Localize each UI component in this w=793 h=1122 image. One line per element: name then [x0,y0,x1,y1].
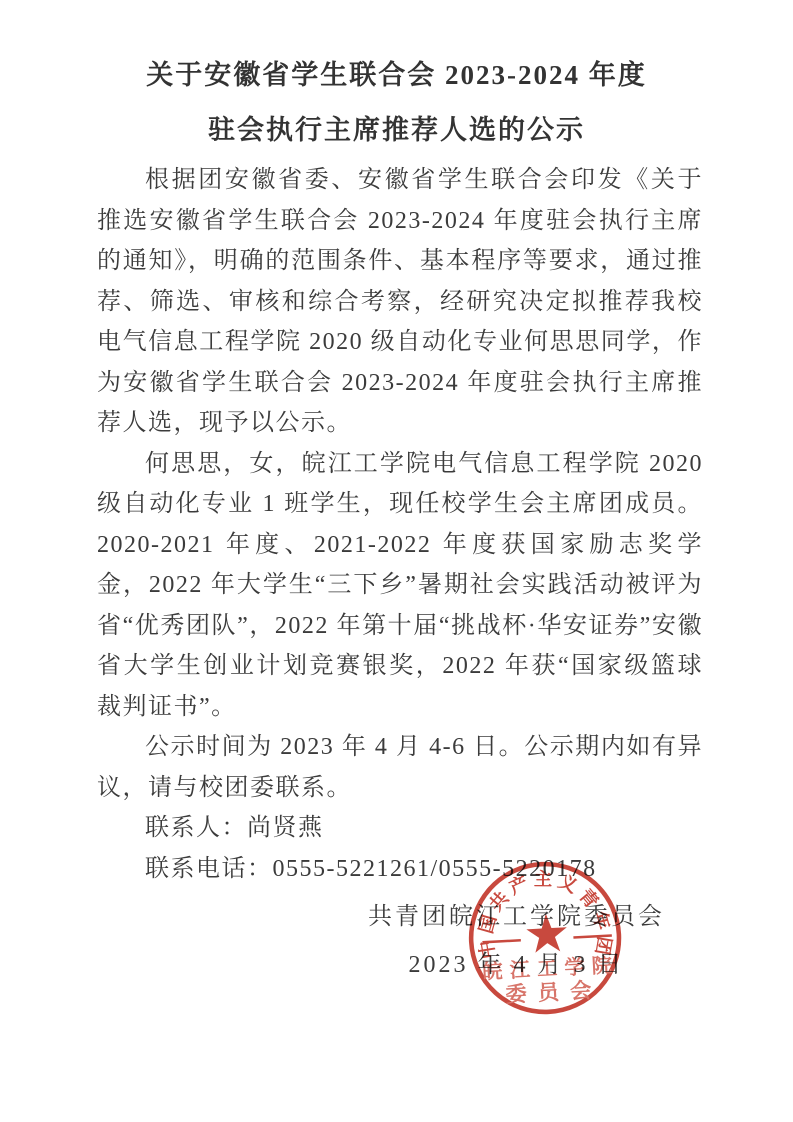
signature-org: 共青团皖江工学院委员会 [368,893,665,941]
document-body: 根据团安徽省委、安徽省学生联合会印发《关于推选安徽省学生联合会 2023-202… [97,160,703,889]
document-page: 关于安徽省学生联合会 2023-2024 年度 驻会执行主席推荐人选的公示 根据… [0,0,793,1122]
paragraph-publicity-period: 公示时间为 2023 年 4 月 4-6 日。公示期内如有异议，请与校团委联系。 [97,727,703,808]
title-line-1: 关于安徽省学生联合会 2023-2024 年度 [0,48,793,103]
document-title: 关于安徽省学生联合会 2023-2024 年度 驻会执行主席推荐人选的公示 [0,48,793,158]
paragraph-basis: 根据团安徽省委、安徽省学生联合会印发《关于推选安徽省学生联合会 2023-202… [97,160,703,444]
title-line-2: 驻会执行主席推荐人选的公示 [0,103,793,158]
contact-person-line: 联系人：尚贤燕 [97,808,703,849]
paragraph-candidate-profile: 何思思，女，皖江工学院电气信息工程学院 2020 级自动化专业 1 班学生，现任… [97,444,703,728]
signature-date: 2023 年 4 月 3 日 [368,941,665,989]
signature-block: 共青团皖江工学院委员会 2023 年 4 月 3 日 [368,893,665,989]
contact-phone-line: 联系电话：0555-5221261/0555-5220178 [97,849,703,890]
